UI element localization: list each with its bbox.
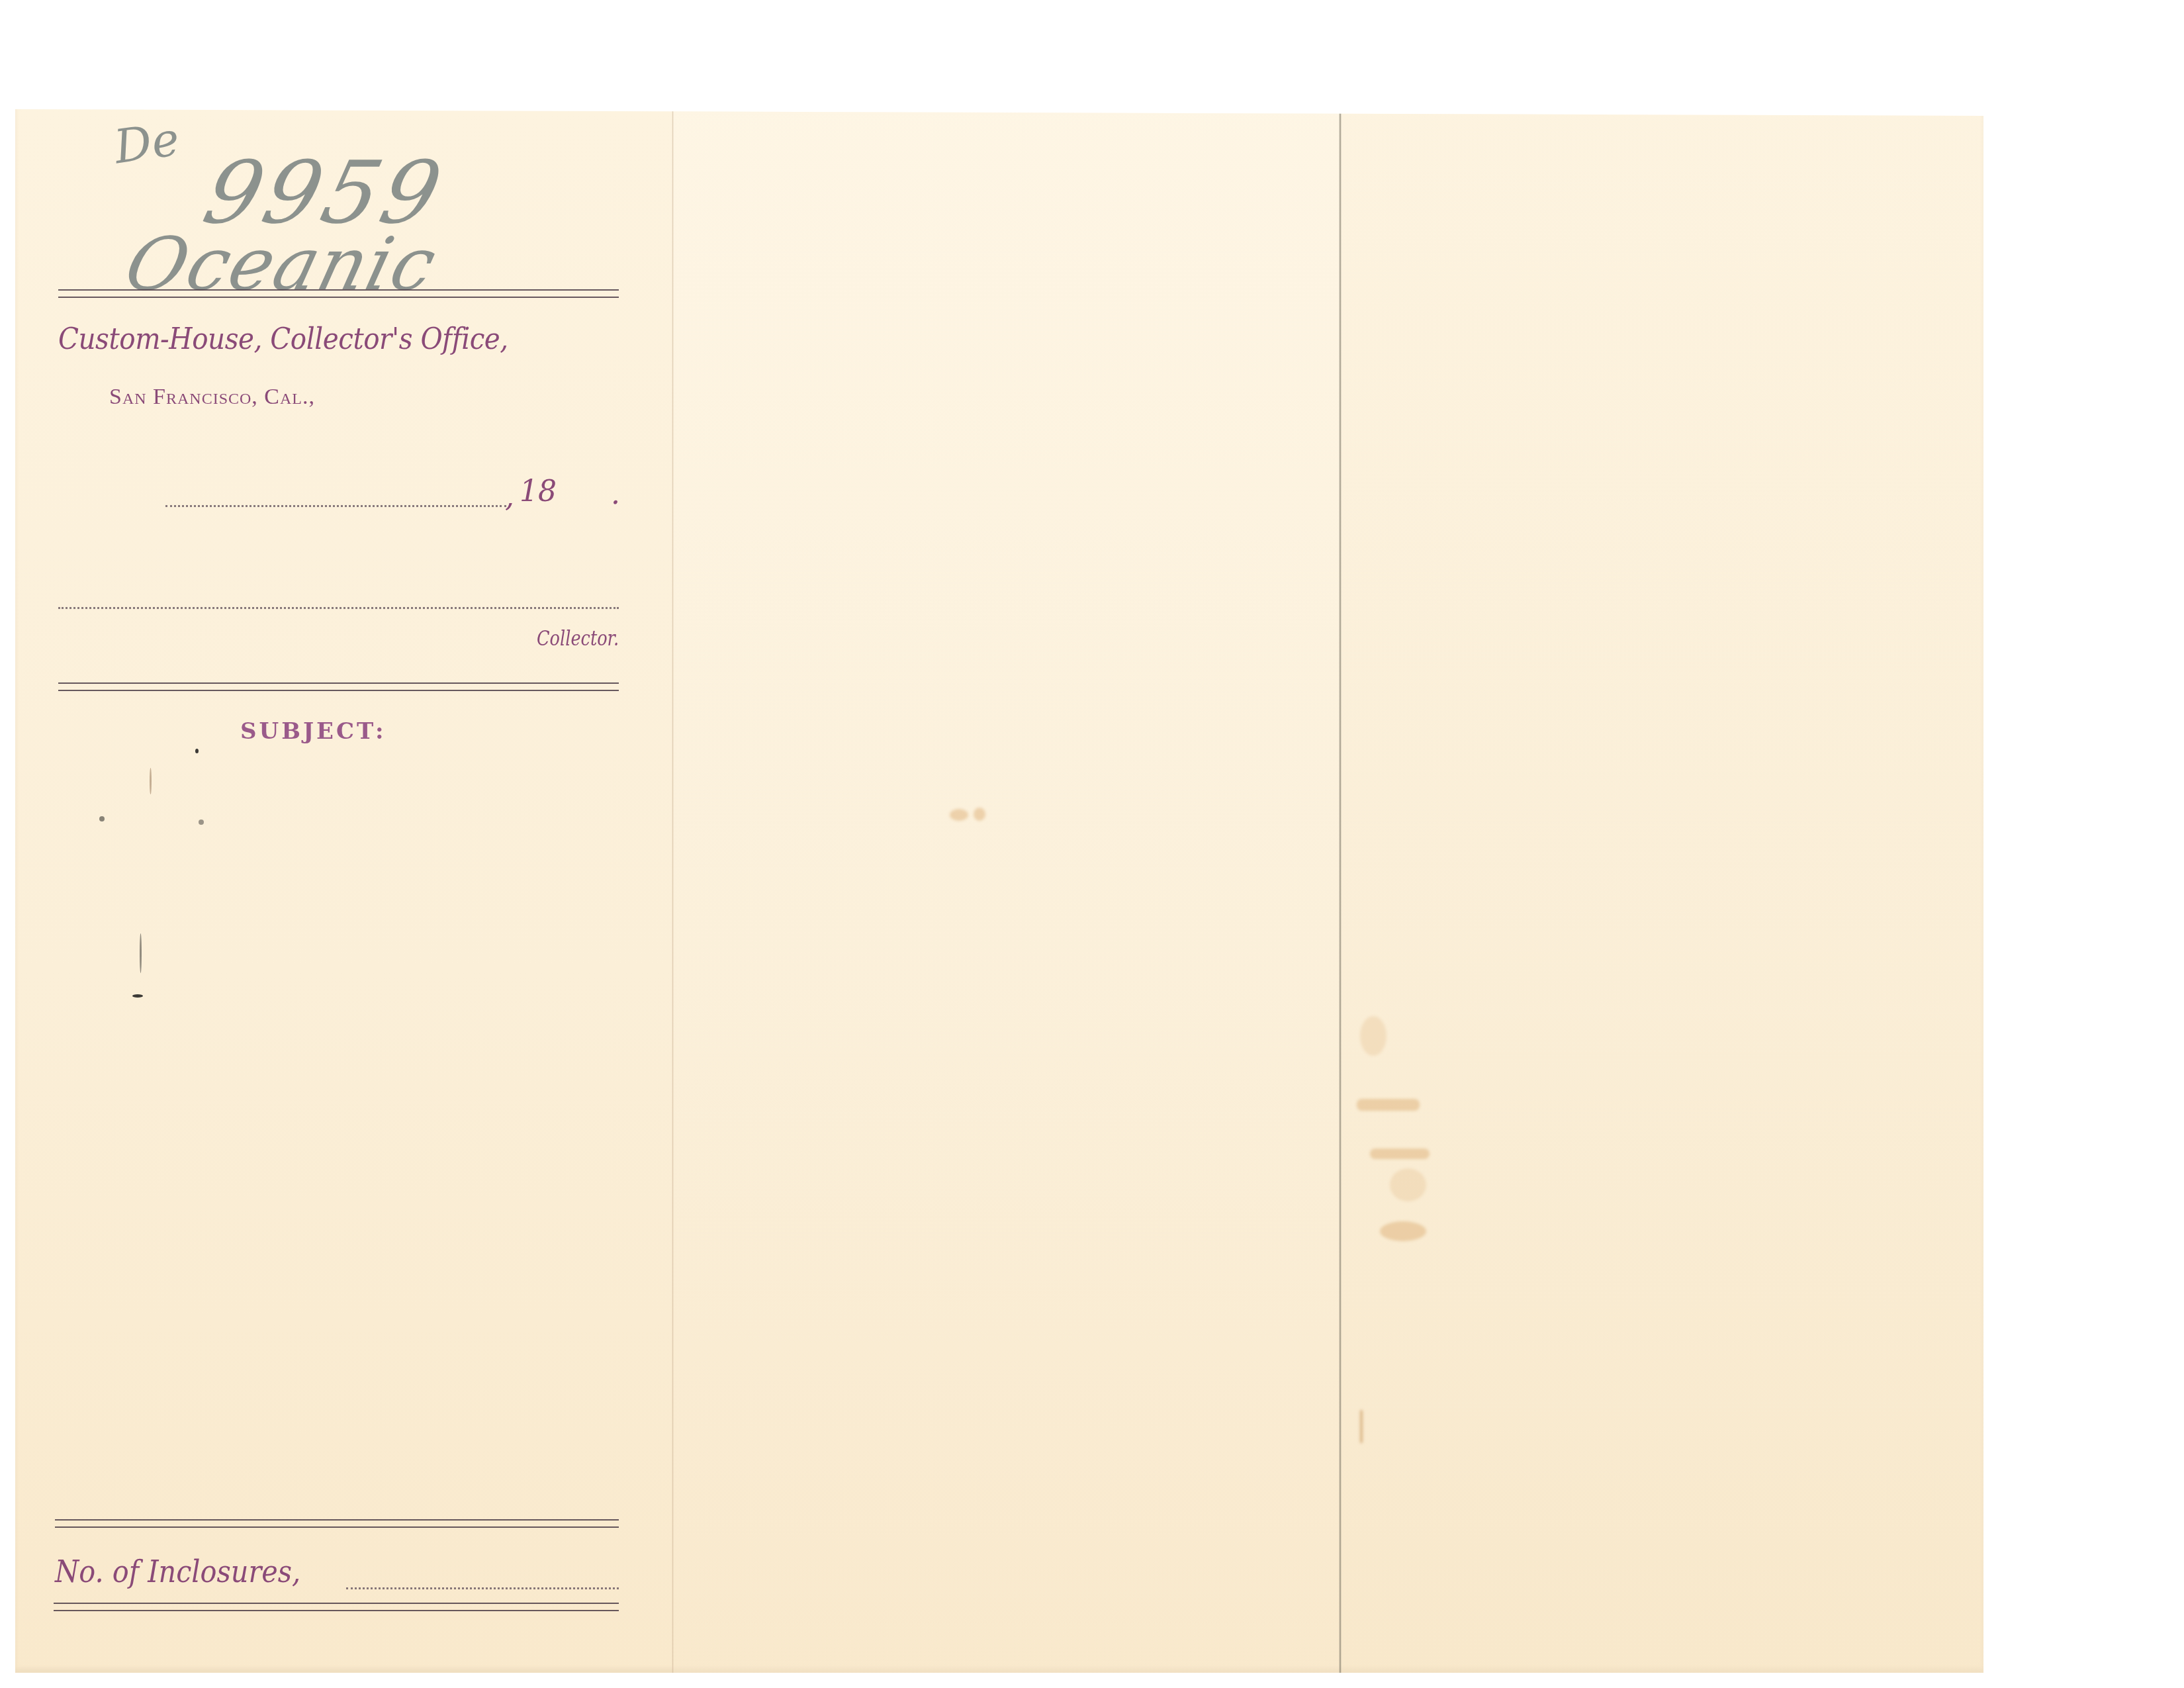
collector-label: Collector. bbox=[537, 626, 619, 651]
location-line: San Francisco, Cal., bbox=[109, 385, 315, 410]
stain bbox=[1370, 1149, 1430, 1159]
office-heading: Custom-House, Collector's Office, bbox=[58, 322, 508, 356]
left-panel: De 9959 Oceanic Custom-House, Collector'… bbox=[15, 109, 672, 1673]
subject-label: SUBJECT: bbox=[240, 718, 387, 745]
inclosures-label: No. of Inclosures, bbox=[55, 1554, 300, 1589]
stain bbox=[1390, 1168, 1426, 1201]
inclosures-bottom-rule bbox=[54, 1603, 619, 1611]
inclosures-count-line[interactable] bbox=[346, 1587, 619, 1589]
speck bbox=[99, 816, 105, 821]
handwritten-flourish: De bbox=[111, 112, 183, 175]
date-comma: , bbox=[505, 480, 514, 514]
stain bbox=[1380, 1221, 1426, 1241]
top-double-rule bbox=[58, 289, 619, 298]
speck bbox=[140, 933, 142, 973]
fold-line-1 bbox=[672, 109, 674, 1673]
stain bbox=[1360, 1016, 1387, 1056]
date-period: . bbox=[611, 477, 620, 511]
year-prefix: 18 bbox=[520, 475, 557, 508]
stain bbox=[1360, 1410, 1363, 1443]
middle-double-rule bbox=[58, 682, 619, 691]
inclosures-top-rule bbox=[55, 1519, 619, 1528]
collector-signature-line[interactable] bbox=[58, 607, 619, 609]
right-panel bbox=[1340, 109, 1983, 1673]
fold-line-2 bbox=[1339, 109, 1342, 1673]
date-blank-line[interactable] bbox=[165, 505, 506, 507]
speck bbox=[195, 749, 199, 753]
speck bbox=[199, 820, 204, 825]
stain bbox=[950, 809, 968, 821]
stain bbox=[974, 808, 985, 821]
middle-panel bbox=[672, 109, 1340, 1673]
speck bbox=[150, 768, 152, 794]
document-paper: De 9959 Oceanic Custom-House, Collector'… bbox=[15, 109, 1983, 1673]
stain bbox=[1357, 1099, 1420, 1111]
speck bbox=[132, 994, 143, 998]
